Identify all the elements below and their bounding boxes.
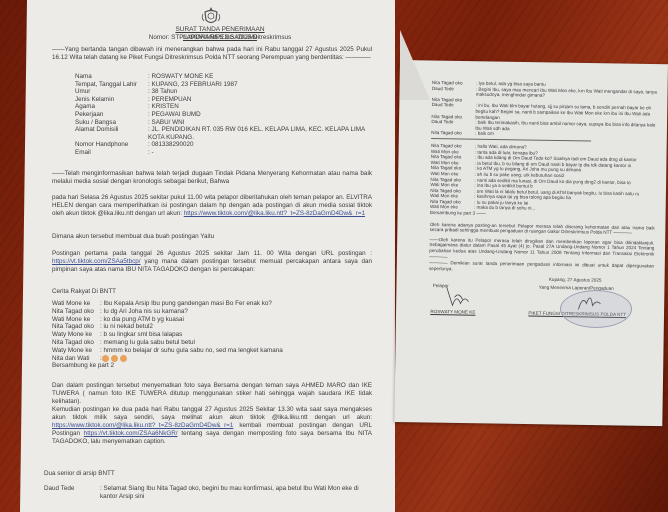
identity-row: Email: - xyxy=(75,149,375,157)
identity-table: Nama: ROSWATY MONE KE Tempat, Tanggal La… xyxy=(75,73,375,157)
closing-paragraph: ———— Demikian surat tanda penerimaan pen… xyxy=(429,260,654,275)
first-post-paragraph: Postingan pertama pada tanggal 26 Agustu… xyxy=(52,250,372,274)
official-stamp xyxy=(560,290,632,328)
identity-row: Nama: ROSWATY MONE KE xyxy=(75,73,375,81)
chat-line: Wati Mone ke: ko dia pung ATM b yg kuasa… xyxy=(52,316,372,324)
chat-line: Nita Tagad oko: Iu dg Ari Joha nis su ka… xyxy=(52,308,372,316)
chat-line-final: Daud Tede: Selamat Siang Ibu Nita Tagad … xyxy=(44,485,364,501)
chat-line: Nita Tagad oko: iu ni nekad betul2 xyxy=(52,323,372,331)
tiktok-account-link-2[interactable]: https://www.tiktok.com/@lika.liku.ntt?_t… xyxy=(52,422,233,429)
second-post-caption: Dua senior di arsip BNTT xyxy=(44,470,364,478)
chat-transcript-1: Wati Mone ke: Ibu Kepala Arsip Ibu pung … xyxy=(52,300,372,370)
identity-row: Nomor Handphone: 081338290020 xyxy=(75,141,375,149)
reporter-signature-icon xyxy=(438,286,478,311)
chat-transcript-2: Nita Tagad oko: Iya betul, ada yg bisa s… xyxy=(428,80,657,329)
conclusion-paragraph: Oleh karena adanya posting-an tersebut P… xyxy=(430,222,655,237)
chat-line: Nita dan Wati: xyxy=(52,355,372,363)
identity-row: Tempat, Tanggal Lahir: KUPANG, 23 FEBRUA… xyxy=(75,81,375,89)
identity-row: Agama: KRISTEN xyxy=(75,103,375,111)
chat-line: Waty Mone ke: b su lingkar sml bisa lala… xyxy=(52,331,372,339)
reporter-name: ROSWATY MONE KE xyxy=(430,309,475,315)
photo-paragraph: Dan dalam postingan tersebut menyematkan… xyxy=(52,382,372,406)
laughing-emoji-icon xyxy=(120,355,127,362)
police-emblem-icon xyxy=(200,6,222,26)
identity-row: Umur: 38 Tahun xyxy=(75,88,375,96)
identity-row: Jenis Kelamin: PEREMPUAN xyxy=(75,96,375,104)
chat-continued-note: Bersambung ke part 2 xyxy=(52,362,372,370)
legal-basis-paragraph: ——Oleh karena itu Pelapor merasa telah d… xyxy=(429,237,654,263)
chat-line: Waty Mone ke: hmmm ko belajar dr suhu gu… xyxy=(52,347,372,355)
chat-title: Cerita Rakyat Di BNTT xyxy=(52,288,372,296)
divider xyxy=(431,138,591,142)
chronology-paragraph-2: Dimana akun tersebut membuat dua buah po… xyxy=(52,233,372,241)
document-number: Nomor: STP/L/90/VIII/RES.2.5./2025/Ditre… xyxy=(140,34,300,42)
laughing-emoji-icon xyxy=(102,355,109,362)
intro-paragraph: ——Yang bertanda tangan dibawah ini mener… xyxy=(52,46,372,62)
chat-line: Wati Mone ke: Ibu Kepala Arsip Ibu pung … xyxy=(52,300,372,308)
report-intro-paragraph: ——Telah menginformasikan bahwa telah ter… xyxy=(52,170,372,186)
identity-row: Alamat Domisili: JL. PENDIDIKAN RT. 035 … xyxy=(75,126,375,141)
laughing-emoji-icon xyxy=(111,355,118,362)
identity-row: Suku / Bangsa: SABU/ WNI xyxy=(75,119,375,127)
second-post-link[interactable]: https://vt.tiktok.com/ZSAa6NkGR/ xyxy=(84,430,178,437)
first-post-link[interactable]: https://vt.tiktok.com/ZSAa5tbcp/ xyxy=(52,258,141,265)
tiktok-account-link[interactable]: https://www.tiktok.com/@lika.liku.ntt?_t… xyxy=(184,210,365,217)
identity-row: Pekerjaan: PEGAWAI BUMD xyxy=(75,111,375,119)
second-post-paragraph: Kemudian postingan ke dua pada hari Rabu… xyxy=(52,406,372,446)
chronology-paragraph-1: pada hari Selasa 26 Agustus 2025 sekitar… xyxy=(52,194,372,218)
place-date: Kupang, 27 Agustus 2025 xyxy=(549,277,602,283)
chat-line: Nita Tagad oko: memang Iu gula sabu betu… xyxy=(52,339,372,347)
